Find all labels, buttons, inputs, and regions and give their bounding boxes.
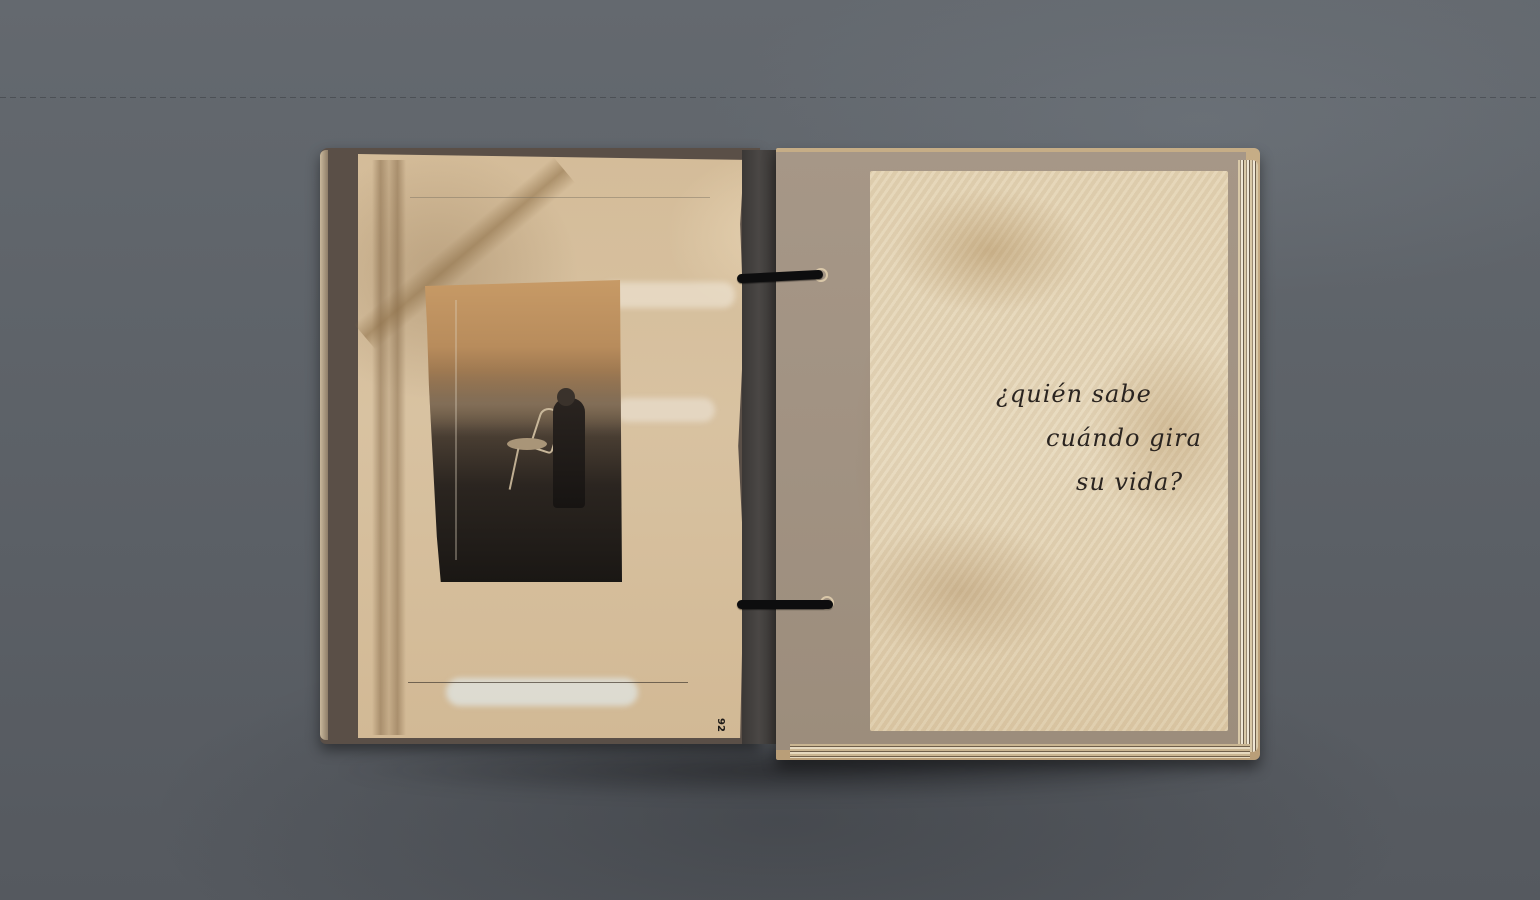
sepia-photograph (425, 280, 622, 582)
person-head (557, 388, 575, 406)
bottom-page-edges (790, 744, 1250, 758)
handwriting-line-2: cuándo gira (996, 416, 1206, 460)
top-rule-line (410, 197, 710, 198)
handwriting-line-3: su vida? (996, 460, 1206, 504)
photo-scratch (455, 300, 457, 560)
handwritten-text: ¿quién sabe cuándo gira su vida? (996, 372, 1206, 504)
binding-ring-icon (737, 600, 833, 609)
spine (742, 150, 776, 744)
handwriting-line-1: ¿quién sabe (996, 372, 1206, 416)
left-cover-edge (320, 150, 328, 740)
chair-seat (507, 438, 547, 450)
surface-dotted-line (0, 97, 1540, 98)
vertical-tape-stain (372, 160, 406, 735)
page-edges (1238, 160, 1258, 752)
bottom-rule-line (408, 682, 688, 683)
page-number: 92 (715, 718, 726, 732)
white-paint-smudge (600, 282, 735, 308)
white-paint-smudge (615, 398, 715, 422)
chair-leg (509, 448, 520, 489)
person-figure (553, 398, 585, 508)
scene: 92 ¿quién sabe cuándo gira su vida? (0, 0, 1540, 900)
